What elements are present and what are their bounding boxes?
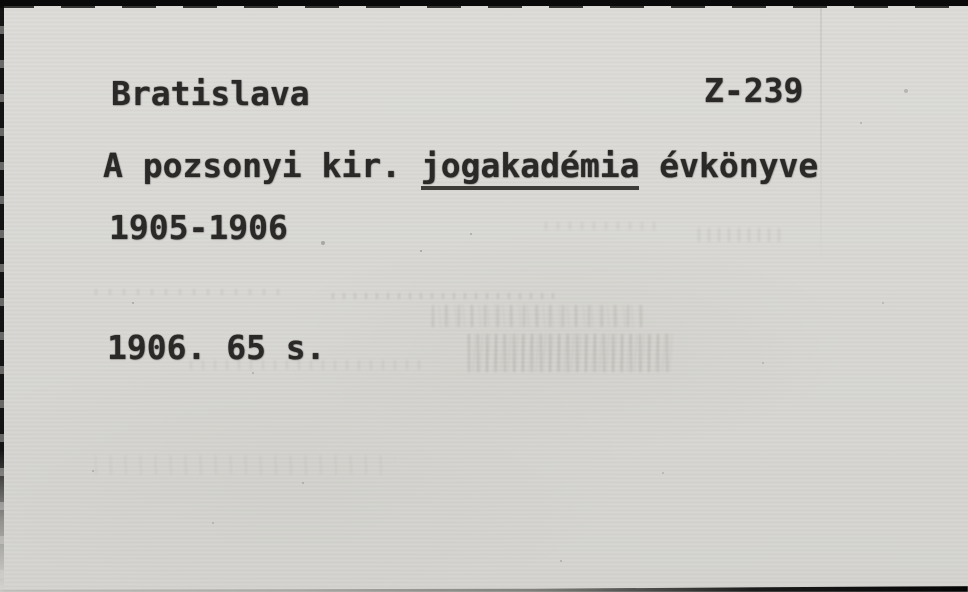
date-range: 1905-1906 [109,211,288,246]
catalog-card: Bratislava Z-239 A pozsonyi kir. jogakad… [0,0,968,592]
title-line: A pozsonyi kir. jogakadémia évkönyve [103,149,818,184]
scan-crease [820,6,822,266]
call-number: Z-239 [704,74,803,109]
ghost-smudge [95,455,395,475]
ghost-smudge [432,305,647,327]
title-underlined-word: jogakadémia [421,146,640,190]
card-bottom-edge [0,586,968,592]
heading-city: Bratislava [111,77,310,112]
ghost-smudge [468,334,673,372]
card-top-edge [0,0,968,6]
title-suffix: évkönyve [639,146,818,185]
title-prefix: A pozsonyi kir. [103,146,421,185]
ghost-smudge [332,293,557,299]
collation: 1906. 65 s. [107,331,326,366]
card-left-edge [0,0,4,592]
paper-specks [0,0,2,2]
ghost-smudge [95,289,285,295]
ghost-smudge [545,222,665,230]
ghost-smudge [698,228,783,242]
